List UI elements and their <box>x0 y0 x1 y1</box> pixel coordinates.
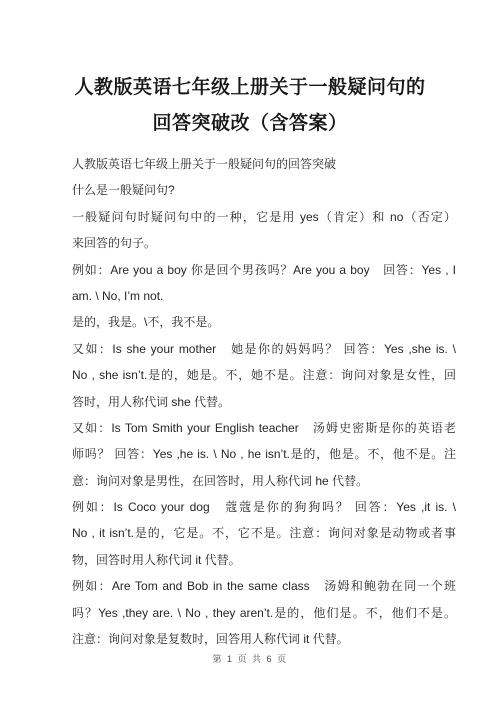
text-line: 例如：Are Tom and Bob in the same class 汤姆和… <box>72 573 456 599</box>
text-line: 一般疑问句时疑问句中的一种，它是用 yes（肯定）和 no（否定） <box>72 204 456 230</box>
title-line-2: 回答突破改（含答案） <box>40 106 460 142</box>
text-line: 又如：Is she your mother 她是你的妈妈吗？ 回答：Yes ,s… <box>72 336 456 362</box>
text-line: 物，回答时用人称代词 it 代替。 <box>72 547 456 573</box>
text-line: 师吗？ 回答：Yes ,he is. \ No , he isn’t.是的，他是… <box>72 441 456 467</box>
text-line: 又如：Is Tom Smith your English teacher 汤姆史… <box>72 415 456 441</box>
text-line: 例如：Are you a boy 你是回个男孩吗？Are you a boy 回… <box>72 257 456 283</box>
text-line: 意：询问对象是男性，在回答时，用人称代词 he 代替。 <box>72 468 456 494</box>
text-line: am. \ No, I’m not. <box>72 283 456 309</box>
text-line: 答时，用人称代词 she 代替。 <box>72 389 456 415</box>
text-line: 来回答的句子。 <box>72 230 456 256</box>
document-title: 人教版英语七年级上册关于一般疑问句的 回答突破改（含答案） <box>40 70 460 142</box>
text-line: 什么是一般疑问句? <box>72 177 456 203</box>
page-footer: 第 1 页 共 6 页 <box>0 652 500 665</box>
page-number: 第 1 页 共 6 页 <box>212 654 287 664</box>
text-line: 是的，我是。\不，我不是。 <box>72 309 456 335</box>
document-page: 人教版英语七年级上册关于一般疑问句的 回答突破改（含答案） 人教版英语七年级上册… <box>0 0 500 707</box>
text-line: No , she isn’t.是的，她是。不，她不是。注意：询问对象是女性，回 <box>72 362 456 388</box>
text-line: 例如：Is Coco your dog 蔻蔻是你的狗狗吗？ 回答：Yes ,it… <box>72 494 456 520</box>
document-body: 人教版英语七年级上册关于一般疑问句的回答突破什么是一般疑问句?一般疑问句时疑问句… <box>72 151 456 652</box>
text-line: 吗？Yes ,they are. \ No , they aren’t.是的，他… <box>72 600 456 626</box>
text-line: 人教版英语七年级上册关于一般疑问句的回答突破 <box>72 151 456 177</box>
title-line-1: 人教版英语七年级上册关于一般疑问句的 <box>40 70 460 106</box>
text-line: No , it isn’t.是的，它是。不，它不是。注意：询问对象是动物或者事 <box>72 520 456 546</box>
text-line: 注意：询问对象是复数时，回答用人称代词 it 代替。 <box>72 626 456 652</box>
